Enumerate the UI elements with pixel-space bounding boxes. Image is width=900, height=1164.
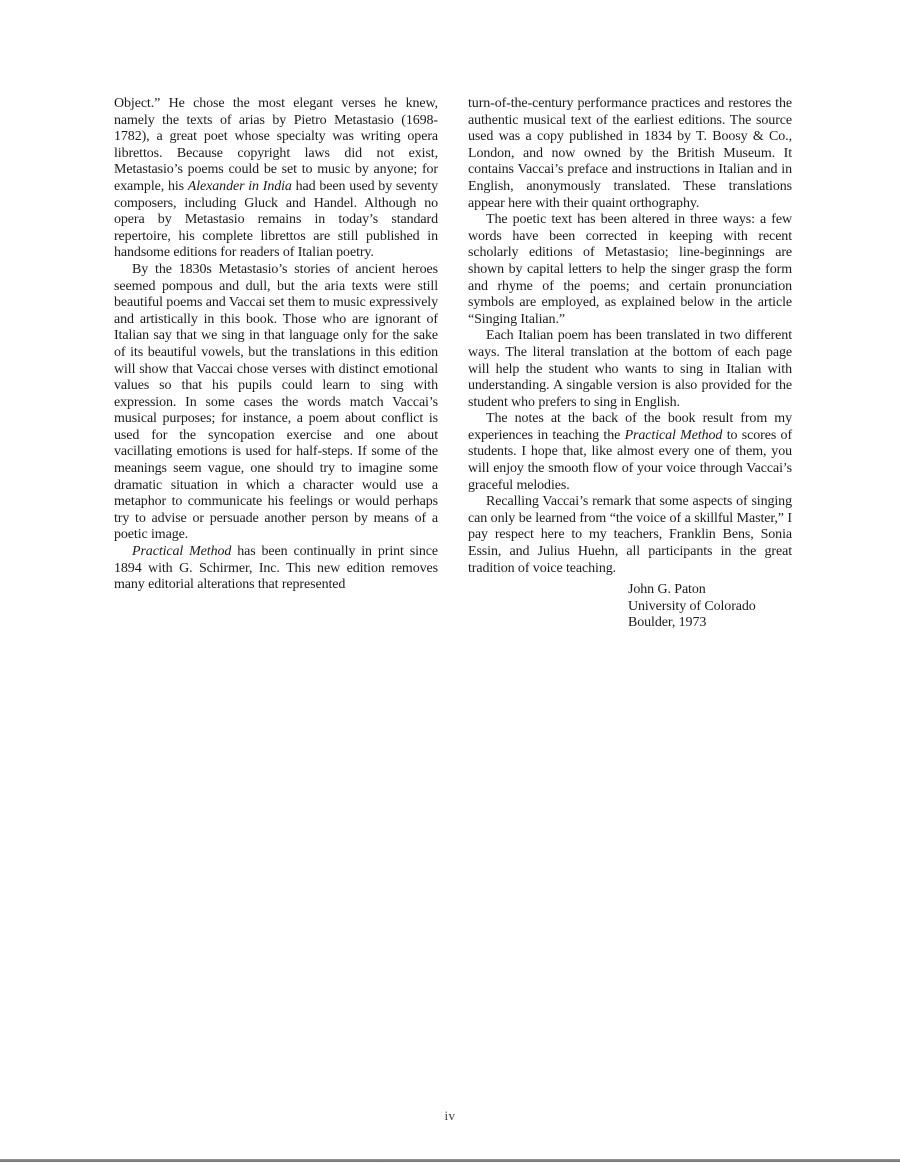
scan-edge-shadow (0, 1159, 900, 1162)
signature-line: Boulder, 1973 (628, 615, 792, 632)
paragraph: turn-of-the-century performance practice… (468, 96, 792, 212)
italic-text-run: Practical Method (625, 428, 723, 443)
italic-text-run: Practical Method (132, 544, 231, 559)
paragraph: Practical Method has been continually in… (114, 544, 438, 594)
text-run: Recalling Vaccai’s remark that some aspe… (468, 494, 792, 575)
paragraph: Each Italian poem has been translated in… (468, 328, 792, 411)
book-page: Object.” He chose the most elegant verse… (0, 0, 900, 1164)
paragraph: Recalling Vaccai’s remark that some aspe… (468, 494, 792, 577)
paragraph: The notes at the back of the book result… (468, 411, 792, 494)
text-run: turn-of-the-century performance practice… (468, 96, 792, 211)
text-run: The poetic text has been altered in thre… (468, 212, 792, 327)
paragraph: By the 1830s Metastasio’s stories of anc… (114, 262, 438, 544)
signature-line: University of Colorado (628, 599, 792, 616)
text-run: Each Italian poem has been translated in… (468, 328, 792, 409)
page-number: iv (0, 1108, 900, 1124)
text-column-right: turn-of-the-century performance practice… (468, 96, 792, 632)
signature-block: John G. PatonUniversity of ColoradoBould… (628, 582, 792, 632)
text-column-left: Object.” He chose the most elegant verse… (114, 96, 438, 594)
signature-line: John G. Paton (628, 582, 792, 599)
italic-text-run: Alexander in India (188, 179, 292, 194)
text-run: By the 1830s Metastasio’s stories of anc… (114, 262, 438, 543)
paragraph: The poetic text has been altered in thre… (468, 212, 792, 328)
paragraph: Object.” He chose the most elegant verse… (114, 96, 438, 262)
